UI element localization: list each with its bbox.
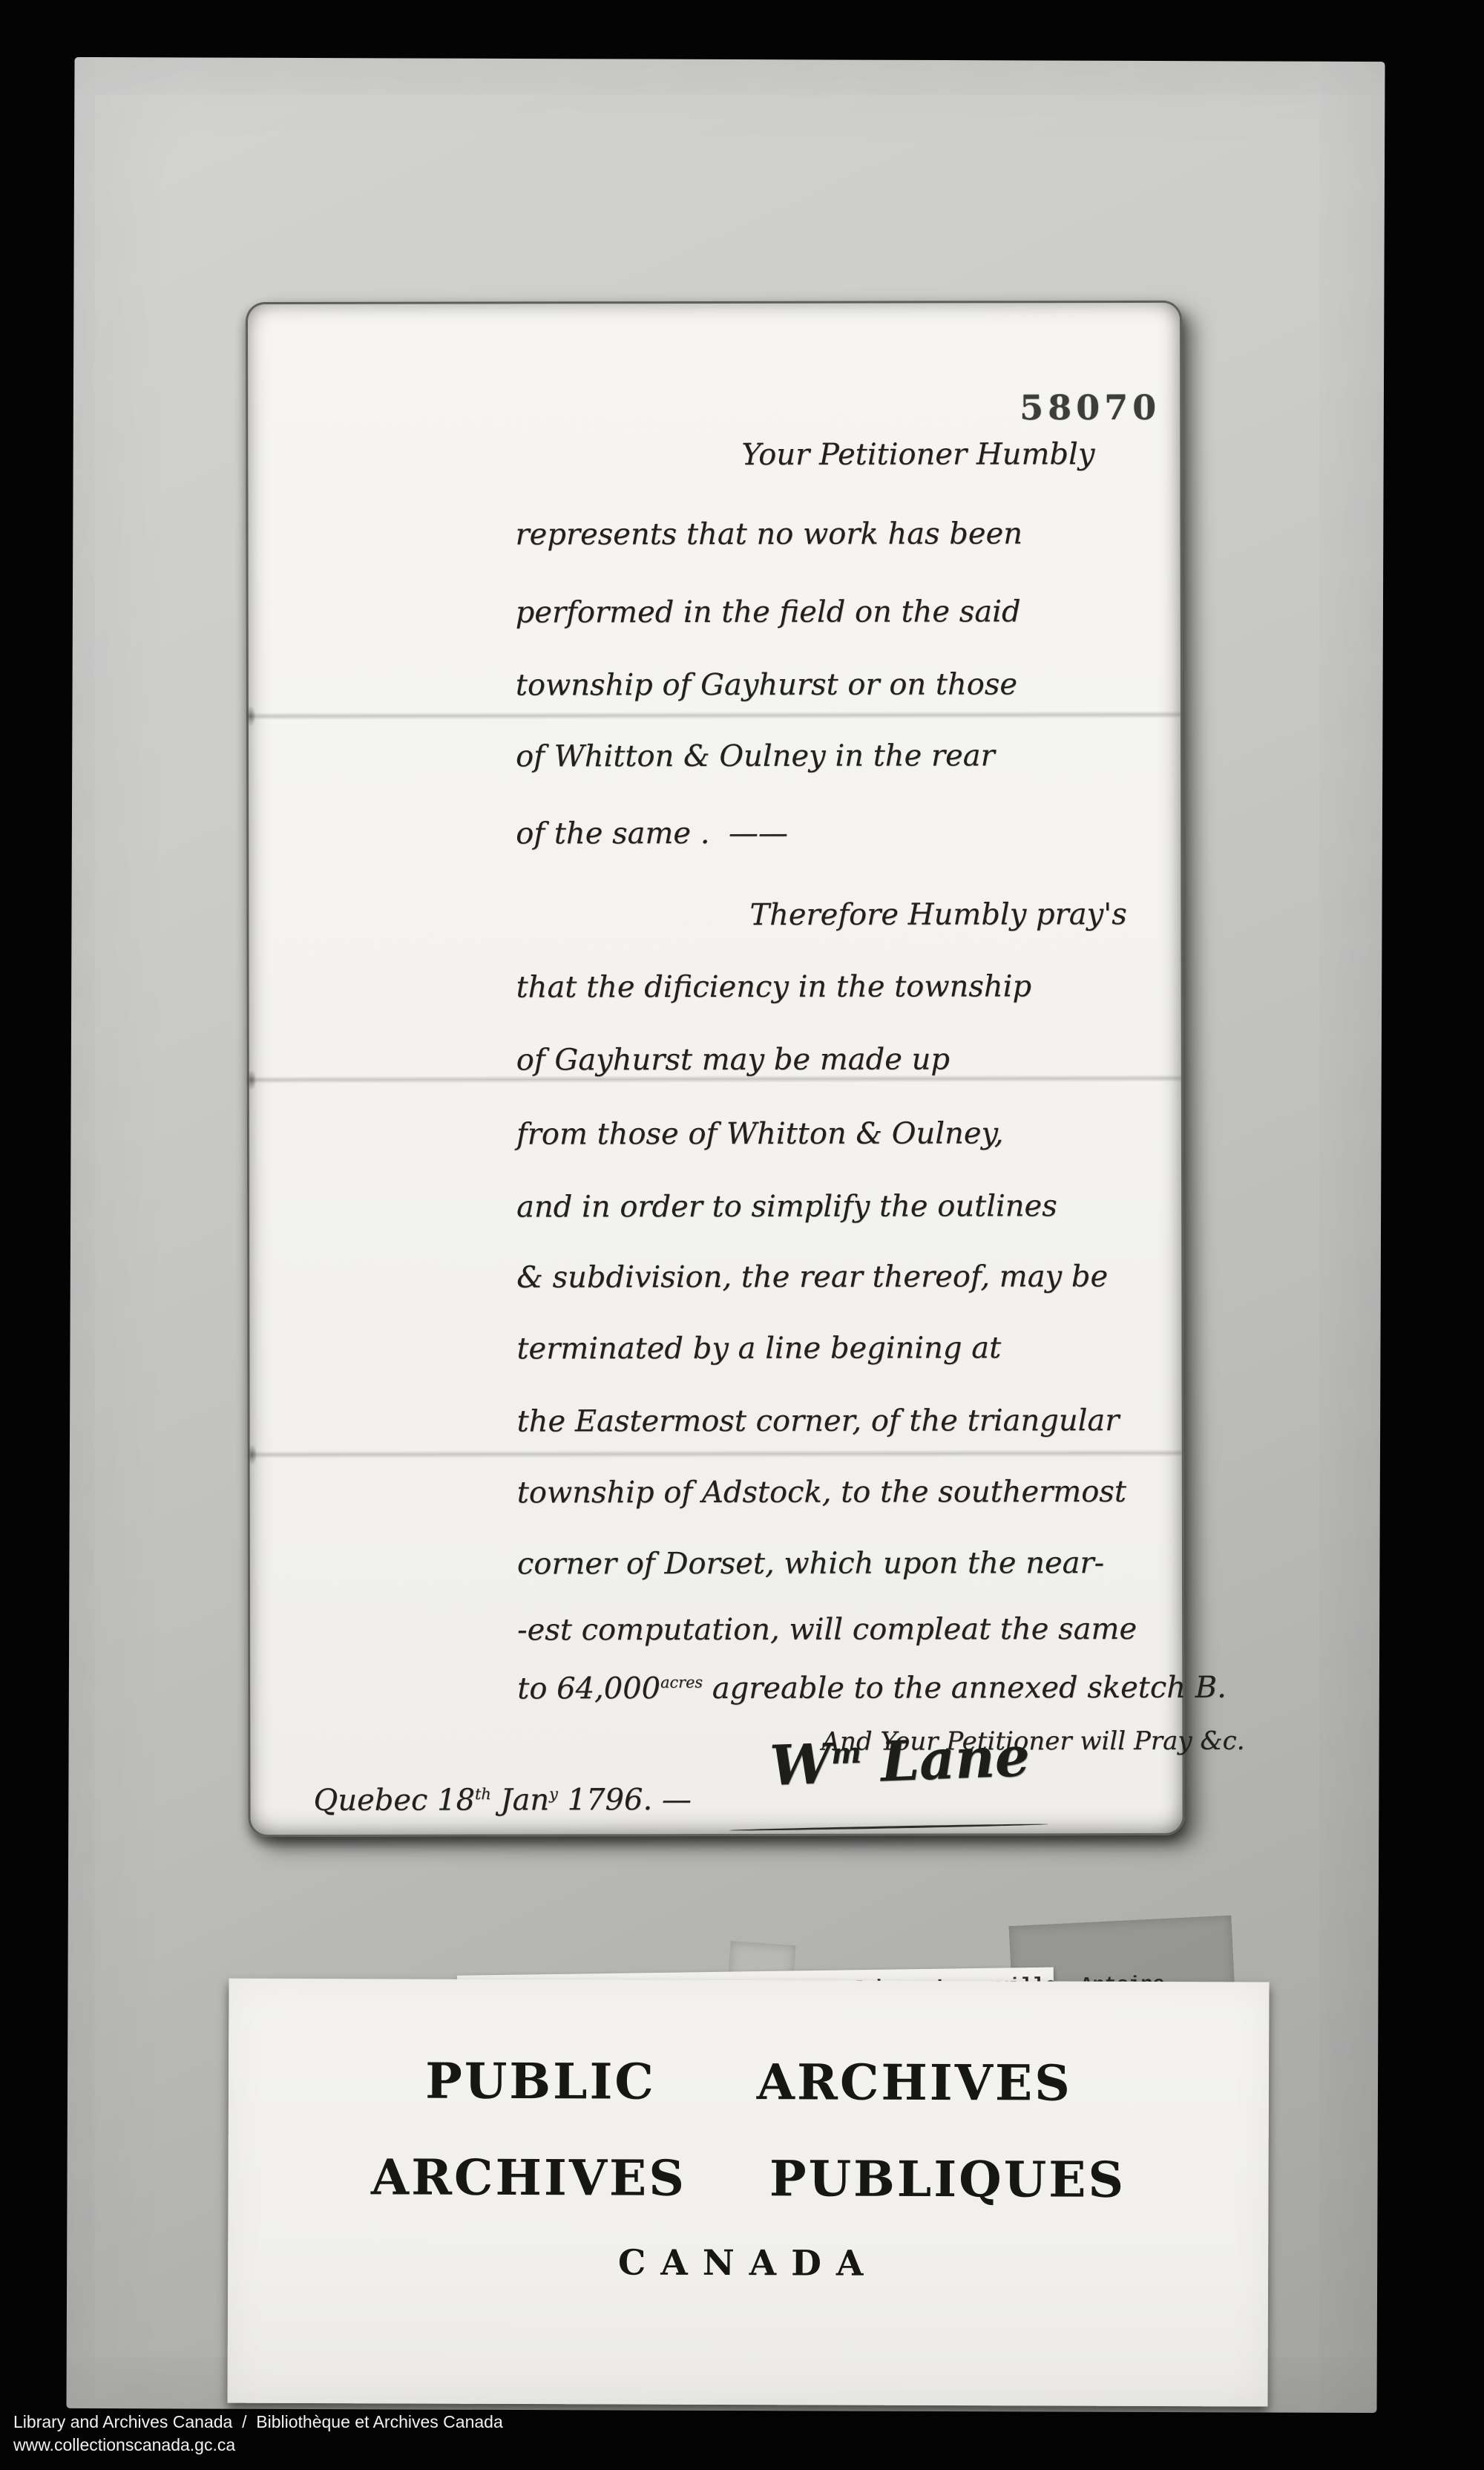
date-pre: Quebec 18	[313, 1783, 475, 1818]
letter-line: Therefore Humbly pray's	[749, 897, 1126, 933]
letter-line: from those of Whitton & Oulney,	[516, 1116, 1004, 1152]
library-archives-credit: Library and Archives Canada / Bibliothèq…	[13, 2411, 503, 2457]
letter-line: of Gayhurst may be made up	[516, 1041, 950, 1078]
letter-line-acres: to 64,000acres agreable to the annexed s…	[517, 1670, 1227, 1707]
letter-line: and in order to simplify the outlines	[516, 1188, 1057, 1225]
letter-line: township of Gayhurst or on those	[516, 666, 1017, 703]
letter-line: Your Petitioner Humbly	[741, 436, 1094, 473]
card-line-canada: CANADA	[618, 2243, 879, 2284]
petition-text: Your Petitioner Humbly represents that n…	[248, 303, 1183, 1835]
credit-line-1: Library and Archives Canada / Bibliothèq…	[13, 2411, 503, 2434]
letter-line: of Whitton & Oulney in the rear	[516, 738, 995, 774]
card-line-public-archives: PUBLIC ARCHIVES	[425, 2052, 1072, 2112]
letter-line: terminated by a line begining at	[516, 1330, 1001, 1366]
date-post: 1796. —	[558, 1783, 692, 1817]
date-line: Quebec 18th Jany 1796. —	[313, 1782, 691, 1818]
signature-pre: W	[769, 1732, 833, 1798]
letter-line: township of Adstock, to the southermost	[517, 1474, 1126, 1510]
signature-flourish-underline	[729, 1823, 1048, 1831]
date-mid: Jan	[491, 1783, 549, 1817]
scanned-archive-photo: { "colors": { "background": "#040404", "…	[0, 0, 1484, 2470]
letter-line: that the dificiency in the township	[516, 969, 1032, 1005]
acres-superscript: acres	[660, 1674, 703, 1691]
public-archives-stamp-card: PUBLIC ARCHIVES ARCHIVES PUBLIQUES CANAD…	[228, 1979, 1270, 2407]
signature-wm-lane: Wm Lane	[769, 1729, 1031, 1794]
letter-line: the Eastermost corner, of the triangular	[517, 1403, 1120, 1439]
card-line-archives-publiques: ARCHIVES PUBLIQUES	[371, 2148, 1126, 2209]
letter-line: -est computation, will compleat the same	[517, 1611, 1137, 1648]
acres-pre: to 64,000	[517, 1671, 660, 1706]
credit-line-2: www.collectionscanada.gc.ca	[13, 2434, 503, 2457]
handwritten-petition-page: 58070 Your Petitioner Humbly represents …	[246, 301, 1185, 1837]
letter-line: of the same . ——	[516, 816, 788, 852]
acres-post: agreable to the annexed sketch B.	[703, 1671, 1227, 1706]
letter-line: & subdivision, the rear thereof, may be	[516, 1259, 1108, 1295]
letter-line: represents that no work has been	[515, 516, 1022, 552]
letter-line: corner of Dorset, which upon the near-	[517, 1545, 1104, 1582]
signature-superscript-m: m	[830, 1737, 861, 1771]
signature-post: Lane	[861, 1725, 1031, 1795]
letter-line: performed in the field on the said	[516, 594, 1021, 630]
date-superscript-y: y	[549, 1785, 558, 1803]
date-superscript-th: th	[475, 1785, 491, 1803]
photo-mat-background: 58070 Your Petitioner Humbly represents …	[66, 57, 1385, 2413]
